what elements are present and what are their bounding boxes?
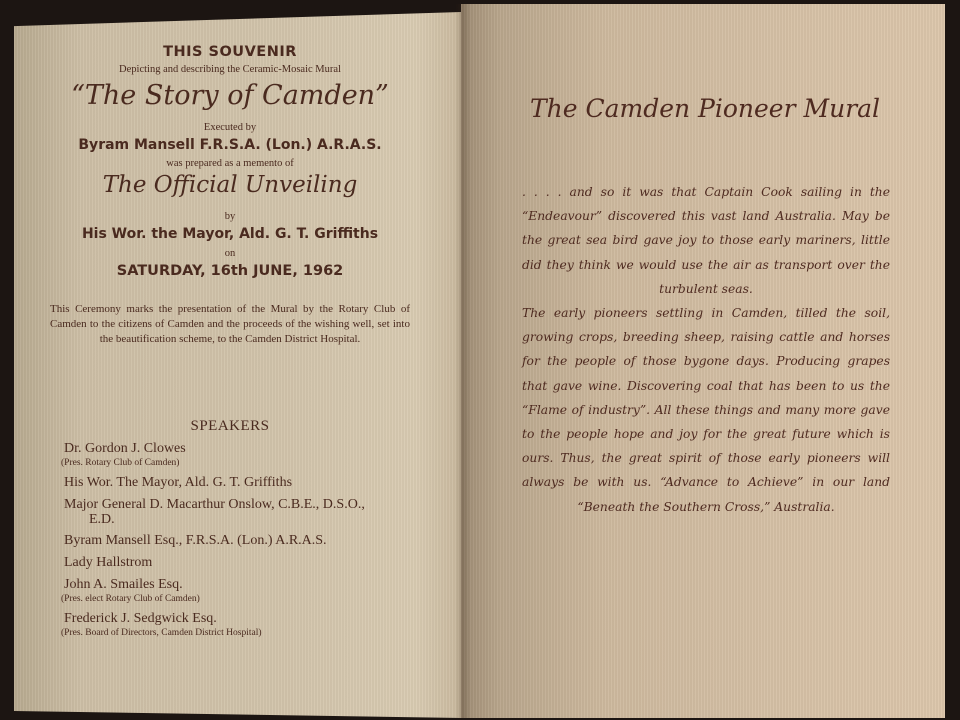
depicting-line: Depicting and describing the Ceramic-Mos… — [50, 64, 410, 75]
booklet-spine-fold — [455, 4, 471, 718]
speaker-role: (Pres. elect Rotary Club of Camden) — [61, 593, 424, 605]
by-label: by — [50, 211, 410, 222]
speaker-name: Byram Mansell Esq., F.R.S.A. (Lon.) A.R.… — [64, 533, 424, 549]
speakers-heading: SPEAKERS — [50, 418, 410, 435]
speaker-name: His Wor. The Mayor, Ald. G. T. Griffiths — [64, 475, 424, 491]
speaker-name: Frederick J. Sedgwick Esq. — [64, 611, 424, 627]
mural-page-title: The Camden Pioneer Mural — [490, 94, 920, 123]
ceremony-description: This Ceremony marks the presentation of … — [50, 302, 410, 347]
prepared-label: was prepared as a memento of — [50, 158, 410, 169]
speaker-name: Lady Hallstrom — [64, 555, 424, 571]
speaker-role: (Pres. Board of Directors, Camden Distri… — [61, 627, 424, 639]
mural-paragraph: The early pioneers settling in Camden, t… — [522, 301, 890, 519]
speaker-item: Byram Mansell Esq., F.R.S.A. (Lon.) A.R.… — [64, 533, 424, 549]
speaker-name: Major General D. Macarthur Onslow, C.B.E… — [64, 497, 424, 513]
mural-name-title: “The Story of Camden” — [40, 80, 420, 111]
speaker-item: John A. Smailes Esq. (Pres. elect Rotary… — [64, 577, 424, 605]
speakers-list: Dr. Gordon J. Clowes (Pres. Rotary Club … — [64, 441, 424, 645]
souvenir-heading: THIS SOUVENIR — [50, 44, 410, 60]
mural-paragraph: . . . . and so it was that Captain Cook … — [522, 180, 890, 301]
speaker-item: Lady Hallstrom — [64, 555, 424, 571]
speaker-name: Dr. Gordon J. Clowes — [64, 441, 424, 457]
artist-name: Byram Mansell F.R.S.A. (Lon.) A.R.A.S. — [35, 137, 425, 153]
executed-by-label: Executed by — [50, 122, 410, 133]
event-date: SATURDAY, 16th JUNE, 1962 — [50, 263, 410, 279]
speaker-item: His Wor. The Mayor, Ald. G. T. Griffiths — [64, 475, 424, 491]
speaker-name-continued: E.D. — [64, 513, 424, 527]
souvenir-booklet: THIS SOUVENIR Depicting and describing t… — [0, 0, 960, 720]
speaker-item: Major General D. Macarthur Onslow, C.B.E… — [64, 497, 424, 527]
unveiled-by-name: His Wor. the Mayor, Ald. G. T. Griffiths — [35, 226, 425, 242]
speaker-item: Frederick J. Sedgwick Esq. (Pres. Board … — [64, 611, 424, 639]
speaker-name: John A. Smailes Esq. — [64, 577, 424, 593]
mural-story-text: . . . . and so it was that Captain Cook … — [522, 180, 890, 519]
speaker-role: (Pres. Rotary Club of Camden) — [61, 457, 424, 469]
speaker-item: Dr. Gordon J. Clowes (Pres. Rotary Club … — [64, 441, 424, 469]
event-title: The Official Unveiling — [50, 172, 410, 198]
on-label: on — [50, 248, 410, 259]
